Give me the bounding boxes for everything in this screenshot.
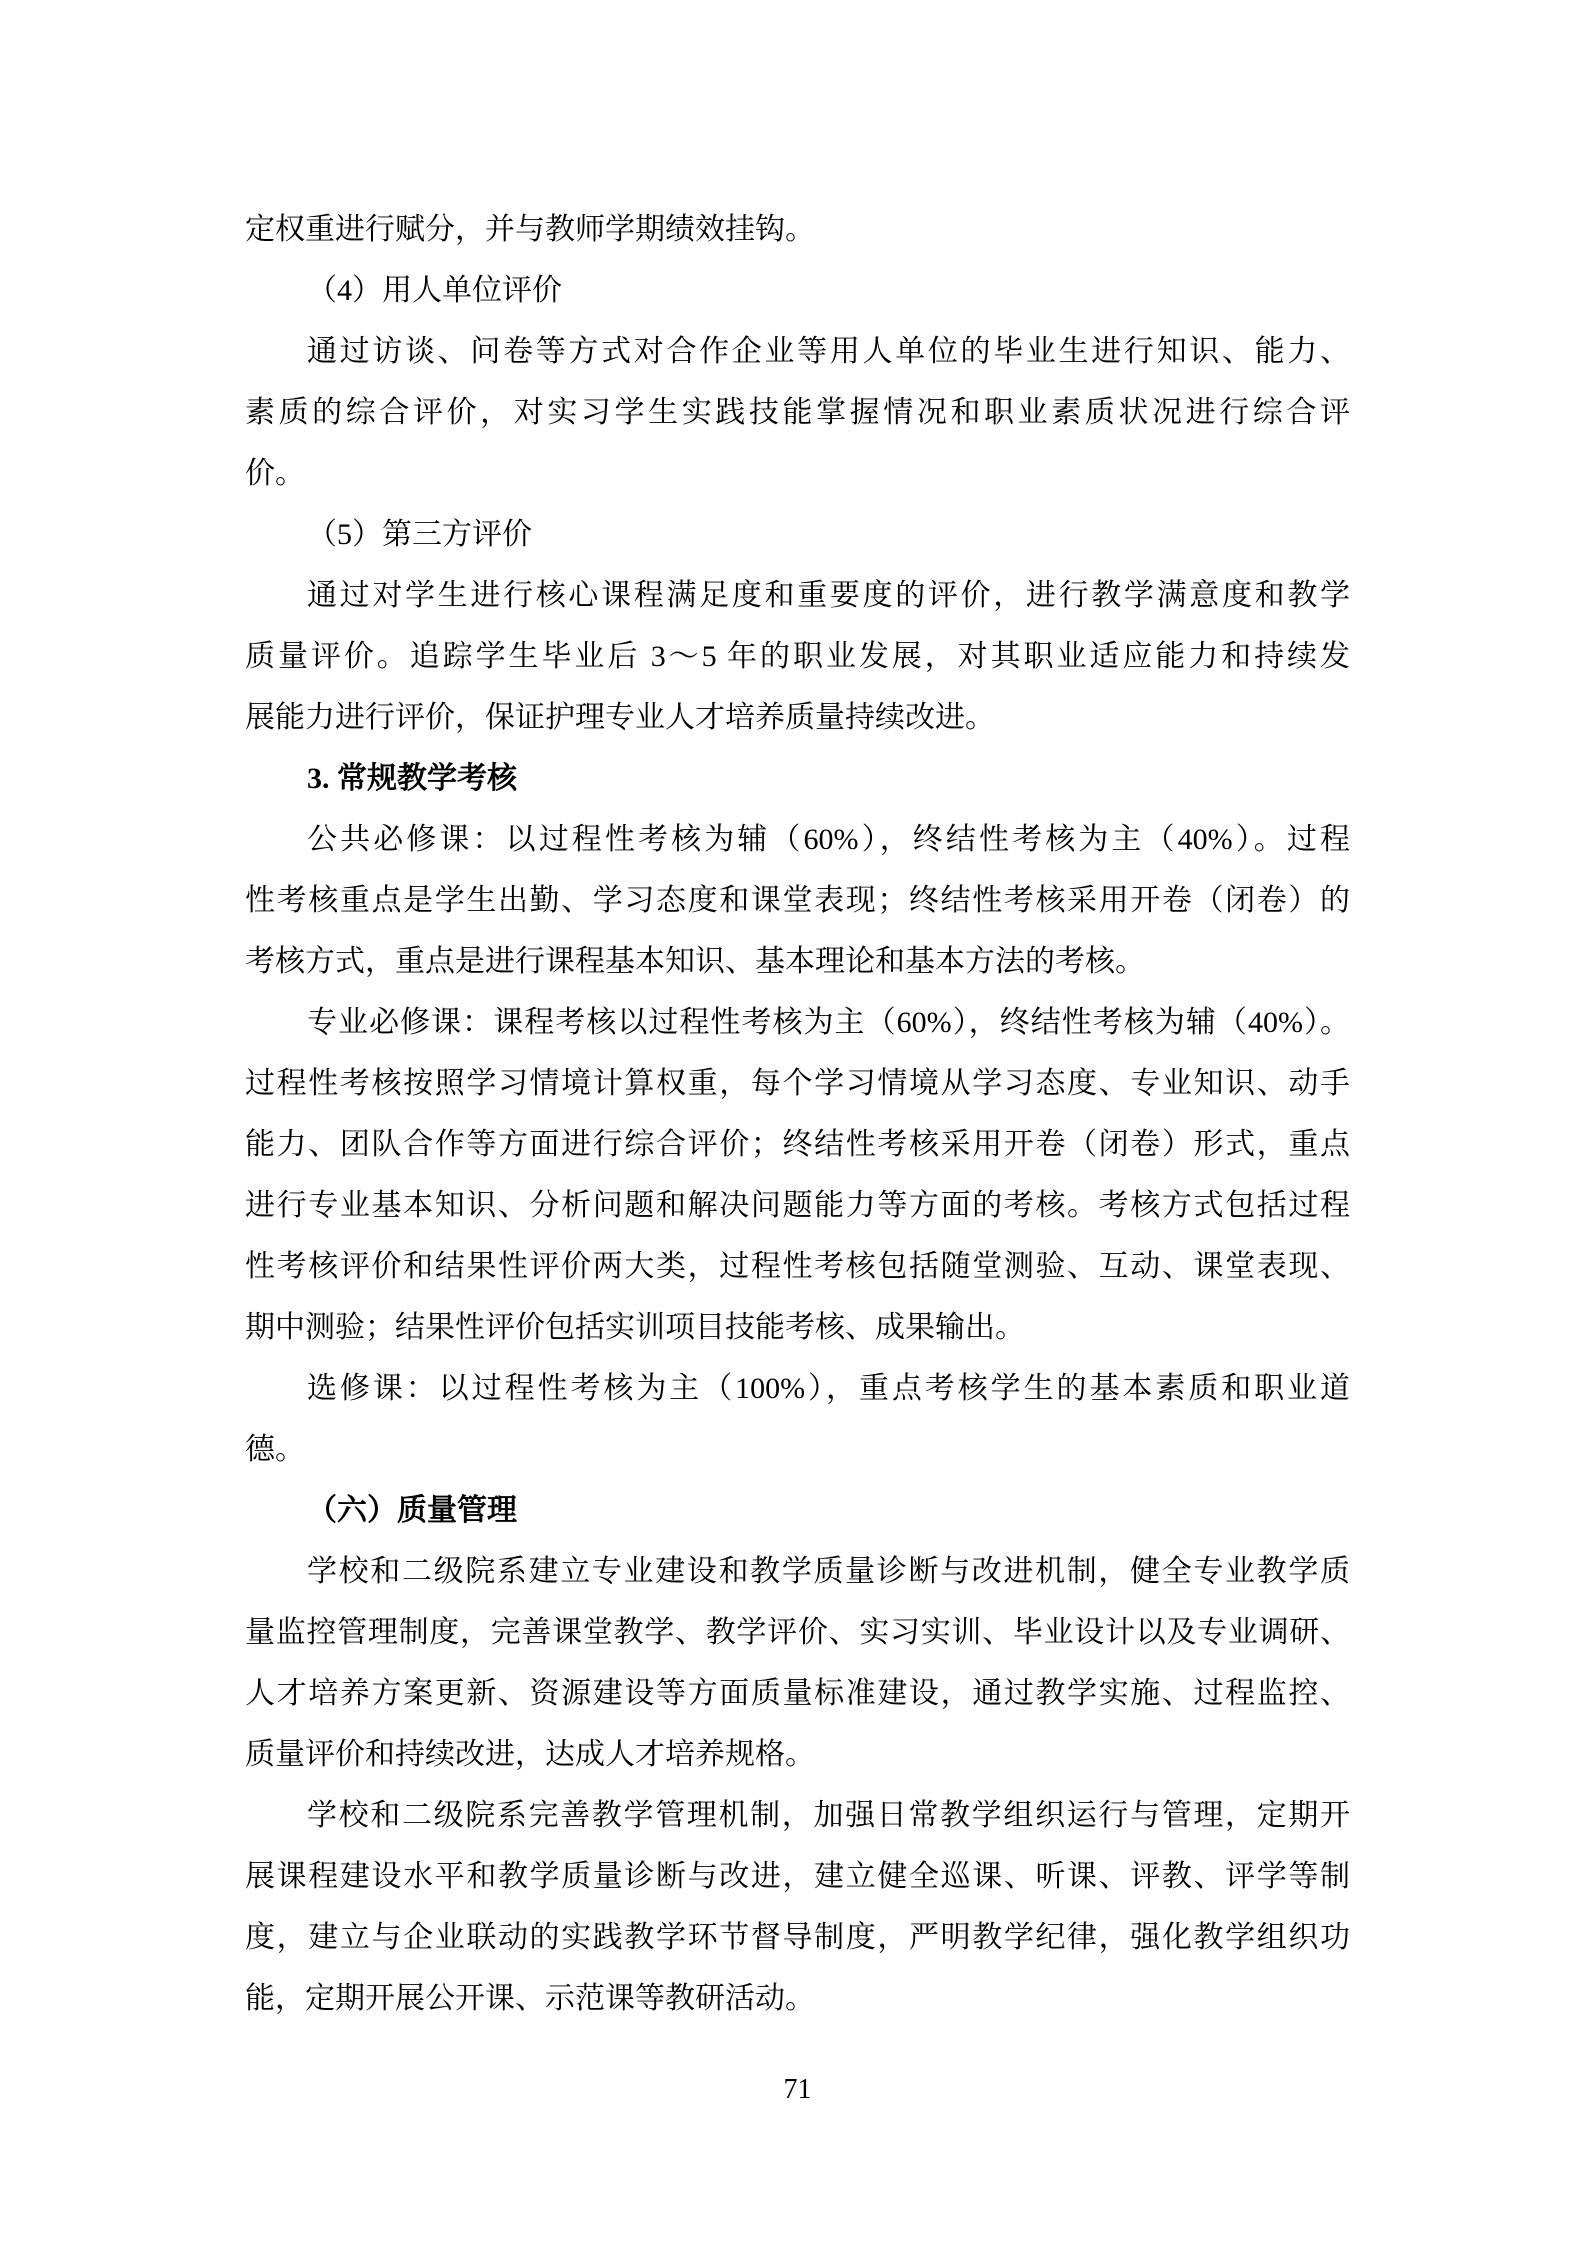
- text-line: （5）第三方评价: [245, 504, 1350, 565]
- text-line: 通过访谈、问卷等方式对合作企业等用人单位的毕业生进行知识、能力、: [245, 321, 1350, 382]
- text-line: 期中测验；结果性评价包括实训项目技能考核、成果输出。: [245, 1297, 1350, 1358]
- heading-line: 3. 常规教学考核: [245, 748, 1350, 809]
- text-line: 价。: [245, 443, 1350, 504]
- text-line: 通过对学生进行核心课程满足度和重要度的评价，进行教学满意度和教学: [245, 565, 1350, 626]
- text-line: 能，定期开展公开课、示范课等教研活动。: [245, 1968, 1350, 2029]
- text-line: 质量评价和持续改进，达成人才培养规格。: [245, 1724, 1350, 1785]
- text-line: 学校和二级院系建立专业建设和教学质量诊断与改进机制，健全专业教学质: [245, 1541, 1350, 1602]
- text-line: 学校和二级院系完善教学管理机制，加强日常教学组织运行与管理，定期开: [245, 1785, 1350, 1846]
- text-line: 度，建立与企业联动的实践教学环节督导制度，严明教学纪律，强化教学组织功: [245, 1907, 1350, 1968]
- text-line: 质量评价。追踪学生毕业后 3～5 年的职业发展，对其职业适应能力和持续发: [245, 626, 1350, 687]
- text-line: 性考核评价和结果性评价两大类，过程性考核包括随堂测验、互动、课堂表现、: [245, 1236, 1350, 1297]
- text-line: 公共必修课：以过程性考核为辅（60%），终结性考核为主（40%）。过程: [245, 809, 1350, 870]
- text-line: 进行专业基本知识、分析问题和解决问题能力等方面的考核。考核方式包括过程: [245, 1175, 1350, 1236]
- text-line: 选修课：以过程性考核为主（100%），重点考核学生的基本素质和职业道: [245, 1358, 1350, 1419]
- document-body: 定权重进行赋分，并与教师学期绩效挂钩。（4）用人单位评价通过访谈、问卷等方式对合…: [245, 199, 1350, 2029]
- text-line: 定权重进行赋分，并与教师学期绩效挂钩。: [245, 199, 1350, 260]
- text-line: 过程性考核按照学习情境计算权重，每个学习情境从学习态度、专业知识、动手: [245, 1053, 1350, 1114]
- heading-line: （六）质量管理: [245, 1480, 1350, 1541]
- document-page: 定权重进行赋分，并与教师学期绩效挂钩。（4）用人单位评价通过访谈、问卷等方式对合…: [0, 0, 1587, 2245]
- text-line: 人才培养方案更新、资源建设等方面质量标准建设，通过教学实施、过程监控、: [245, 1663, 1350, 1724]
- text-line: 展能力进行评价，保证护理专业人才培养质量持续改进。: [245, 687, 1350, 748]
- text-line: 性考核重点是学生出勤、学习态度和课堂表现；终结性考核采用开卷（闭卷）的: [245, 870, 1350, 931]
- text-line: 素质的综合评价，对实习学生实践技能掌握情况和职业素质状况进行综合评: [245, 382, 1350, 443]
- page-number: 71: [245, 2068, 1350, 2112]
- text-line: （4）用人单位评价: [245, 260, 1350, 321]
- text-line: 能力、团队合作等方面进行综合评价；终结性考核采用开卷（闭卷）形式，重点: [245, 1114, 1350, 1175]
- text-line: 德。: [245, 1419, 1350, 1480]
- text-line: 考核方式，重点是进行课程基本知识、基本理论和基本方法的考核。: [245, 931, 1350, 992]
- text-line: 展课程建设水平和教学质量诊断与改进，建立健全巡课、听课、评教、评学等制: [245, 1846, 1350, 1907]
- text-line: 专业必修课：课程考核以过程性考核为主（60%），终结性考核为辅（40%）。: [245, 992, 1350, 1053]
- text-line: 量监控管理制度，完善课堂教学、教学评价、实习实训、毕业设计以及专业调研、: [245, 1602, 1350, 1663]
